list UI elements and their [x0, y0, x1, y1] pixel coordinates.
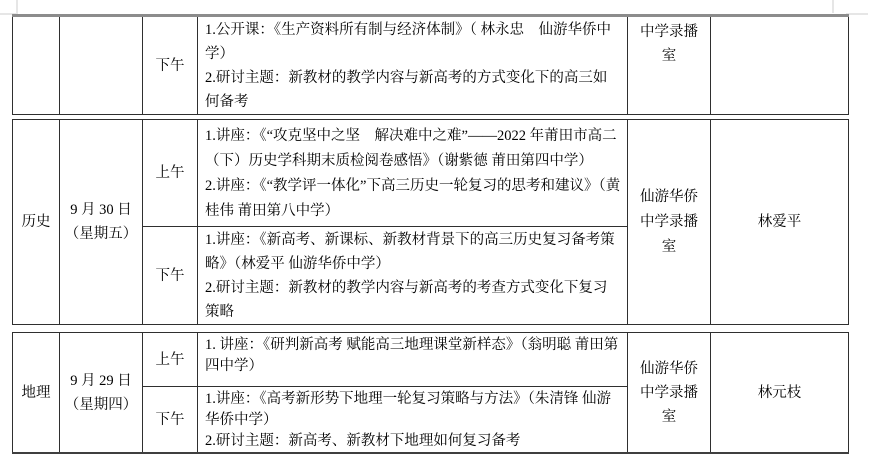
session-cell-geography-pm: 下午	[143, 387, 198, 454]
subject-cell-geography: 地理	[13, 333, 60, 454]
host-cell-geography: 林元枝	[711, 333, 849, 454]
page-margin-mark-right-vertical	[832, 0, 834, 13]
page-margin-mark-left-vertical	[16, 0, 18, 13]
location-cell-continued: 中学录播室	[628, 16, 711, 115]
subject-cell-history: 历史	[13, 120, 60, 325]
location-cell-history: 仙游华侨中学录播室	[628, 120, 711, 325]
session-cell-geography-am: 上午	[143, 333, 198, 387]
date-cell-geography: 9 月 29 日 （星期四）	[60, 333, 143, 454]
session-cell-history-pm: 下午	[143, 227, 198, 325]
schedule-table-continued-segment: 下午 1.公开课：《生产资料所有制与经济体制》（ 林永忠 仙游华侨中学） 2.研…	[12, 14, 849, 115]
host-cell-continued	[711, 16, 849, 115]
table-row: 历史 9 月 30 日 （星期五） 上午 1.讲座：《“攻克坚中之坚 解决难中之…	[13, 120, 849, 227]
document-page: 下午 1.公开课：《生产资料所有制与经济体制》（ 林永忠 仙游华侨中学） 2.研…	[0, 0, 870, 468]
table-row: 下午 1.公开课：《生产资料所有制与经济体制》（ 林永忠 仙游华侨中学） 2.研…	[13, 16, 849, 115]
content-cell-history-am: 1.讲座：《“攻克坚中之坚 解决难中之难”——2022 年莆田市高二（下）历史学…	[198, 120, 628, 227]
schedule-table-geography-segment: 地理 9 月 29 日 （星期四） 上午 1. 讲座：《研判新高考 赋能高三地理…	[12, 332, 849, 454]
location-cell-geography: 仙游华侨中学录播室	[628, 333, 711, 454]
schedule-table-history-segment: 历史 9 月 30 日 （星期五） 上午 1.讲座：《“攻克坚中之坚 解决难中之…	[12, 119, 849, 325]
session-cell-history-am: 上午	[143, 120, 198, 227]
host-cell-history: 林爱平	[711, 120, 849, 325]
content-cell-continued-pm: 1.公开课：《生产资料所有制与经济体制》（ 林永忠 仙游华侨中学） 2.研讨主题…	[198, 16, 628, 115]
table-row: 地理 9 月 29 日 （星期四） 上午 1. 讲座：《研判新高考 赋能高三地理…	[13, 333, 849, 387]
content-cell-history-pm: 1.讲座：《新高考、新课标、新教材背景下的高三历史复习备考策略》（林爱平 仙游华…	[198, 227, 628, 325]
page-margin-mark-right-horizontal	[846, 13, 868, 15]
date-cell-continued	[60, 16, 143, 115]
date-cell-history: 9 月 30 日 （星期五）	[60, 120, 143, 325]
content-cell-geography-am: 1. 讲座：《研判新高考 赋能高三地理课堂新样态》（翁明聪 莆田第四中学）	[198, 333, 628, 387]
subject-cell-continued	[13, 16, 60, 115]
session-cell-continued-pm: 下午	[143, 16, 198, 115]
content-cell-geography-pm: 1.讲座：《高考新形势下地理一轮复习策略与方法》（朱清锋 仙游华侨中学） 2.研…	[198, 387, 628, 454]
